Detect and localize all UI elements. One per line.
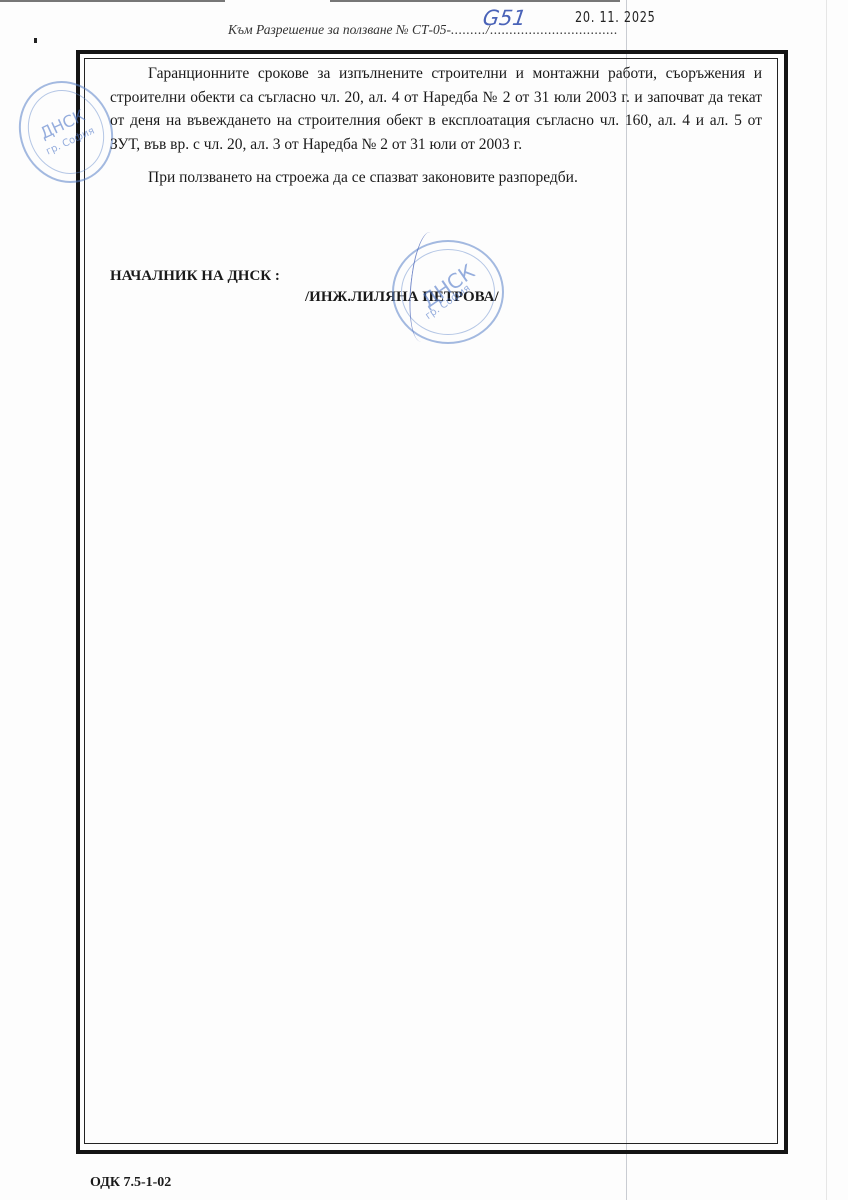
stamp-core: ДНСК xyxy=(19,97,107,151)
header-prefix: Към Разрешение за ползване № СТ-05- xyxy=(228,22,451,37)
footer-code: ОДК 7.5-1-02 xyxy=(90,1175,171,1191)
page-frame-inner xyxy=(84,58,778,1144)
signatory-title: НАЧАЛНИК НА ДНСК : xyxy=(110,268,280,285)
handwritten-number: G51 xyxy=(481,6,527,30)
fold-line xyxy=(826,0,827,1200)
scan-mark xyxy=(34,38,37,43)
top-rule xyxy=(330,0,620,2)
date-stamp: 20. 11. 2025 xyxy=(575,8,656,26)
paragraph-warranty: Гаранционните срокове за изпълнените стр… xyxy=(110,62,762,156)
top-rule xyxy=(0,0,225,2)
document-header: Към Разрешение за ползване № СТ-05-.....… xyxy=(228,22,618,38)
paragraph-usage: При ползването на строежа да се спазват … xyxy=(110,166,762,190)
stamp-city: гр. София xyxy=(28,118,112,165)
document-body: Гаранционните срокове за изпълнените стр… xyxy=(110,62,762,190)
